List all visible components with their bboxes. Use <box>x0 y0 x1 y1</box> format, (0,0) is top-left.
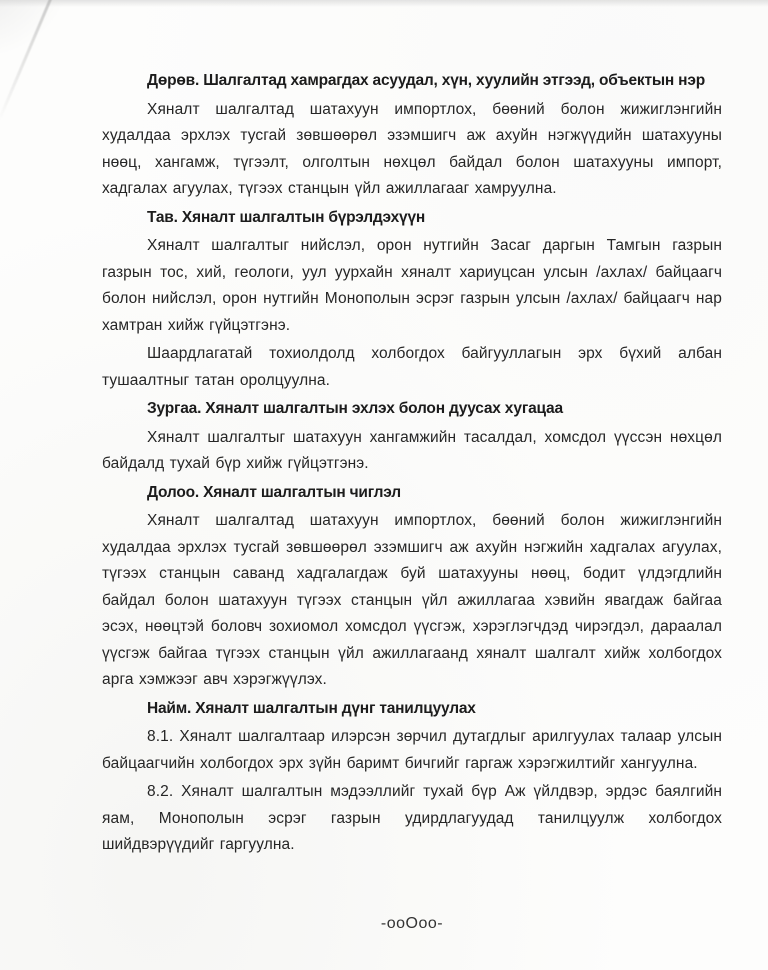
section-four-paragraph: Хяналт шалгалтад шатахуун импортлох, бөө… <box>102 97 722 203</box>
page-corner-shadow <box>0 0 70 60</box>
scanned-document-page: Дөрөв. Шалгалтад хамрагдах асуудал, хүн,… <box>0 0 768 970</box>
document-end-mark: -ооОоо- <box>102 915 722 933</box>
section-eight-paragraph-1: 8.1. Хяналт шалгалтаар илэрсэн зөрчил ду… <box>102 724 722 777</box>
section-seven-paragraph: Хяналт шалгалтад шатахуун импортлох, бөө… <box>102 508 722 694</box>
section-eight-paragraph-2: 8.2. Хяналт шалгалтын мэдээллийг тухай б… <box>102 779 722 859</box>
section-six-paragraph: Хяналт шалгалтыг шатахуун хангамжийн тас… <box>102 425 722 478</box>
section-heading-six: Зургаа. Хяналт шалгалтын эхлэх болон дуу… <box>102 396 722 423</box>
section-heading-four: Дөрөв. Шалгалтад хамрагдах асуудал, хүн,… <box>102 68 722 95</box>
section-heading-eight: Найм. Хяналт шалгалтын дүнг танилцуулах <box>102 696 722 723</box>
section-heading-five: Тав. Хяналт шалгалтын бүрэлдэхүүн <box>102 205 722 232</box>
section-five-paragraph-2: Шаардлагатай тохиолдолд холбогдох байгуу… <box>102 341 722 394</box>
document-body: Дөрөв. Шалгалтад хамрагдах асуудал, хүн,… <box>102 68 722 861</box>
section-heading-seven: Долоо. Хяналт шалгалтын чиглэл <box>102 480 722 507</box>
scan-edge-shadow <box>0 0 768 7</box>
paper-crease <box>0 0 55 121</box>
section-five-paragraph-1: Хяналт шалгалтыг нийслэл, орон нутгийн З… <box>102 233 722 339</box>
